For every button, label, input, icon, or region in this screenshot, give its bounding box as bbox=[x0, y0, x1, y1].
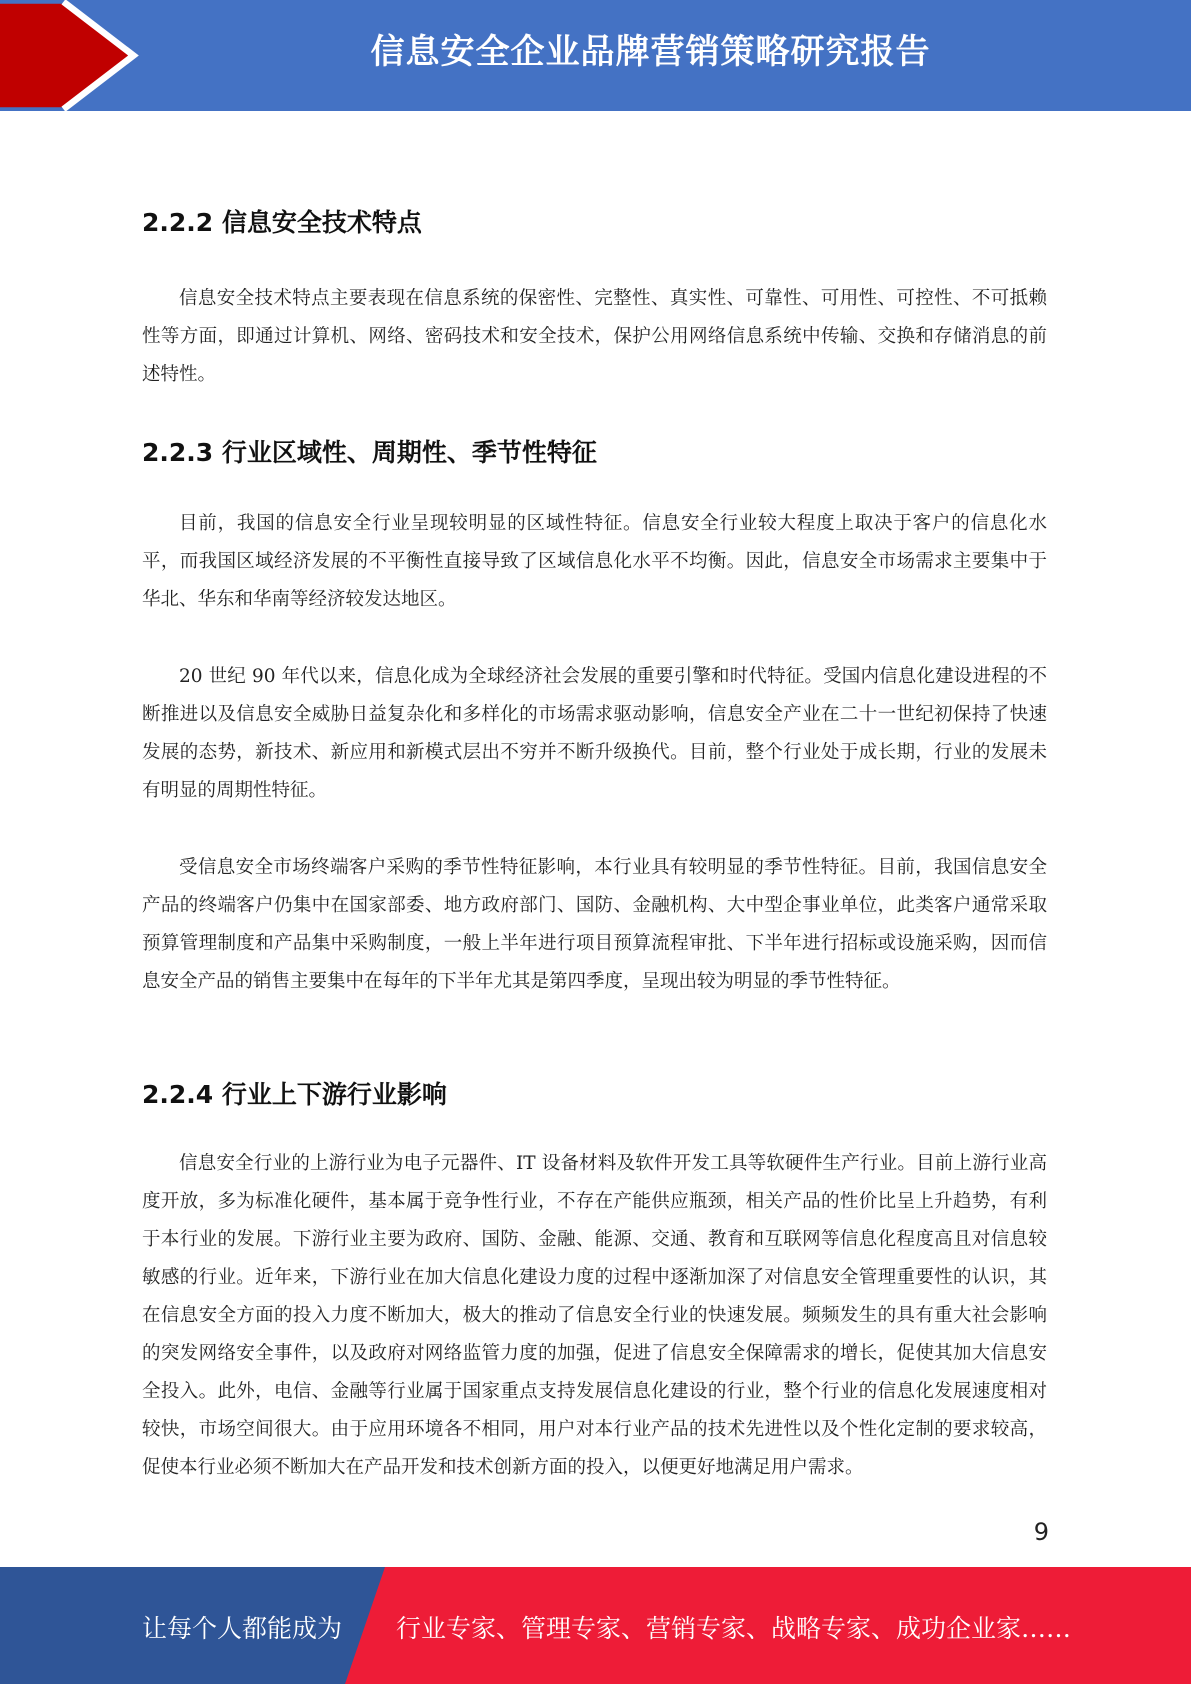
report-header-banner: 信息安全企业品牌营销策略研究报告 bbox=[0, 0, 1191, 111]
section-heading-2-2-3: 2.2.3 行业区域性、周期性、季节性特征 bbox=[142, 433, 597, 469]
page-number: 9 bbox=[1034, 1518, 1049, 1546]
paragraph: 受信息安全市场终端客户采购的季节性特征影响，本行业具有较明显的季节性特征。目前，… bbox=[142, 849, 1047, 1001]
red-arrow-decoration bbox=[0, 0, 140, 111]
paragraph: 目前，我国的信息安全行业呈现较明显的区域性特征。信息安全行业较大程度上取决于客户… bbox=[142, 505, 1047, 619]
report-title: 信息安全企业品牌营销策略研究报告 bbox=[200, 0, 1191, 111]
footer-slogan-left: 让每个人都能成为 bbox=[142, 1567, 342, 1684]
section-heading-2-2-4: 2.2.4 行业上下游行业影响 bbox=[142, 1075, 447, 1111]
paragraph: 信息安全技术特点主要表现在信息系统的保密性、完整性、真实性、可靠性、可用性、可控… bbox=[142, 280, 1047, 394]
section-heading-2-2-2: 2.2.2 信息安全技术特点 bbox=[142, 203, 422, 239]
footer-slogan-right: 行业专家、管理专家、营销专家、战略专家、成功企业家…… bbox=[396, 1567, 1071, 1684]
paragraph: 信息安全行业的上游行业为电子元器件、IT 设备材料及软件开发工具等软硬件生产行业… bbox=[142, 1145, 1047, 1487]
footer-banner: 让每个人都能成为 行业专家、管理专家、营销专家、战略专家、成功企业家…… bbox=[0, 1567, 1191, 1684]
paragraph: 20 世纪 90 年代以来，信息化成为全球经济社会发展的重要引擎和时代特征。受国… bbox=[142, 658, 1047, 810]
